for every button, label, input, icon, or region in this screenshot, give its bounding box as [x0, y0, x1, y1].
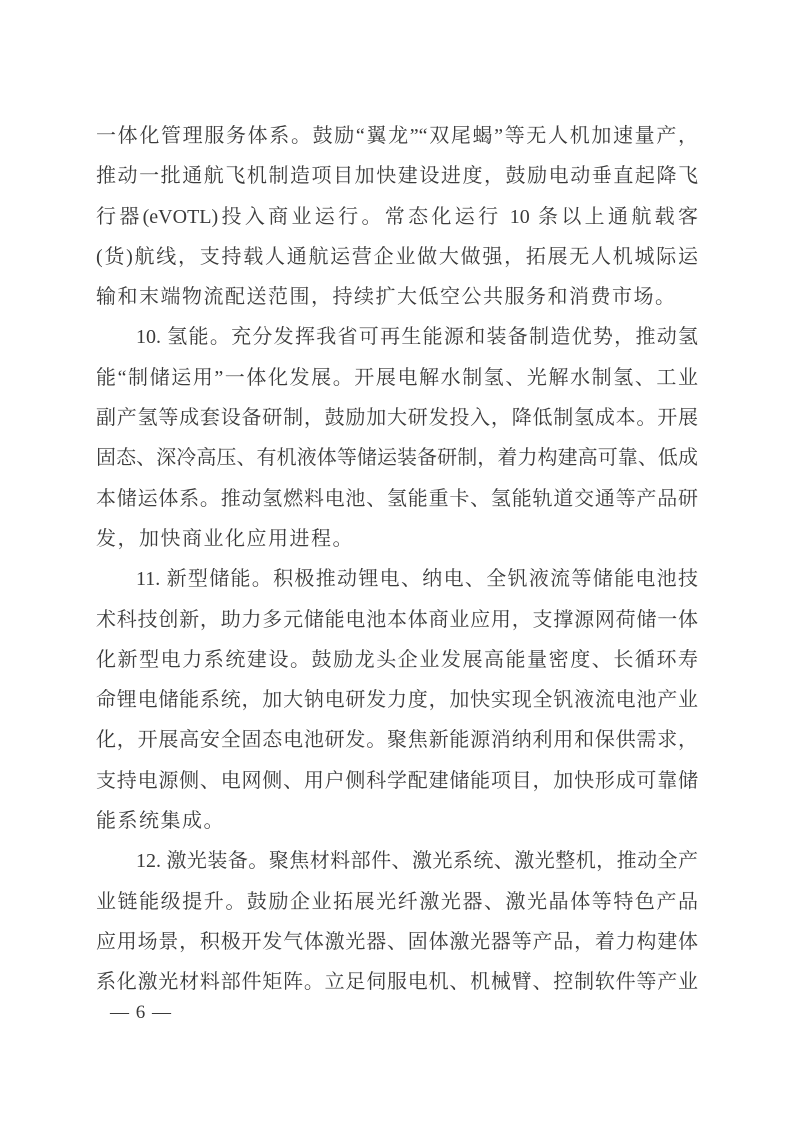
text-line: 业链能级提升。鼓励企业拓展光纤激光器、激光晶体等特色产品 [96, 882, 698, 922]
text-line: 命锂电储能系统，加大钠电研发力度，加快实现全钒液流电池产业 [96, 680, 698, 720]
text-line: 12. 激光装备。聚焦材料部件、激光系统、激光整机，推动全产 [96, 841, 698, 881]
text-line: 10. 氢能。充分发挥我省可再生能源和装备制造优势，推动氢 [96, 317, 698, 357]
document-page: 一体化管理服务体系。鼓励“翼龙”“双尾蝎”等无人机加速量产， 推动一批通航飞机制… [0, 0, 794, 1123]
paragraph-item-10-hydrogen: 10. 氢能。充分发挥我省可再生能源和装备制造优势，推动氢 能“制储运用”一体化… [96, 317, 698, 559]
text-line: 能“制储运用”一体化发展。开展电解水制氢、光解水制氢、工业 [96, 358, 698, 398]
text-line: 一体化管理服务体系。鼓励“翼龙”“双尾蝎”等无人机加速量产， [96, 116, 698, 156]
text-line: (货)航线，支持载人通航运营企业做大做强，拓展无人机城际运 [96, 237, 698, 277]
paragraph-item-12-laser-equipment: 12. 激光装备。聚焦材料部件、激光系统、激光整机，推动全产 业链能级提升。鼓励… [96, 841, 698, 1002]
text-line: 化，开展高安全固态电池研发。聚焦新能源消纳利用和保供需求， [96, 720, 698, 760]
text-line: 行器(eVOTL)投入商业运行。常态化运行 10 条以上通航载客 [96, 197, 698, 237]
document-body: 一体化管理服务体系。鼓励“翼龙”“双尾蝎”等无人机加速量产， 推动一批通航飞机制… [96, 116, 698, 1003]
text-line: 应用场景，积极开发气体激光器、固体激光器等产品，着力构建体 [96, 922, 698, 962]
text-line: 支持电源侧、电网侧、用户侧科学配建储能项目，加快形成可靠储 [96, 761, 698, 801]
page-number: — 6 — [110, 1000, 172, 1026]
text-line: 推动一批通航飞机制造项目加快建设进度，鼓励电动垂直起降飞 [96, 156, 698, 196]
text-line: 发，加快商业化应用进程。 [96, 519, 698, 559]
text-line: 固态、深冷高压、有机液体等储运装备研制，着力构建高可靠、低成 [96, 438, 698, 478]
text-line: 11. 新型储能。积极推动锂电、纳电、全钒液流等储能电池技 [96, 559, 698, 599]
text-line: 系化激光材料部件矩阵。立足伺服电机、机械臂、控制软件等产业 [96, 962, 698, 1002]
paragraph-item-11-energy-storage: 11. 新型储能。积极推动锂电、纳电、全钒液流等储能电池技 术科技创新，助力多元… [96, 559, 698, 841]
paragraph-continuation: 一体化管理服务体系。鼓励“翼龙”“双尾蝎”等无人机加速量产， 推动一批通航飞机制… [96, 116, 698, 317]
text-line: 本储运体系。推动氢燃料电池、氢能重卡、氢能轨道交通等产品研 [96, 479, 698, 519]
text-line: 能系统集成。 [96, 801, 698, 841]
text-line: 化新型电力系统建设。鼓励龙头企业发展高能量密度、长循环寿 [96, 640, 698, 680]
text-line: 副产氢等成套设备研制，鼓励加大研发投入，降低制氢成本。开展 [96, 398, 698, 438]
text-line: 输和末端物流配送范围，持续扩大低空公共服务和消费市场。 [96, 277, 698, 317]
text-line: 术科技创新，助力多元储能电池本体商业应用，支撑源网荷储一体 [96, 600, 698, 640]
